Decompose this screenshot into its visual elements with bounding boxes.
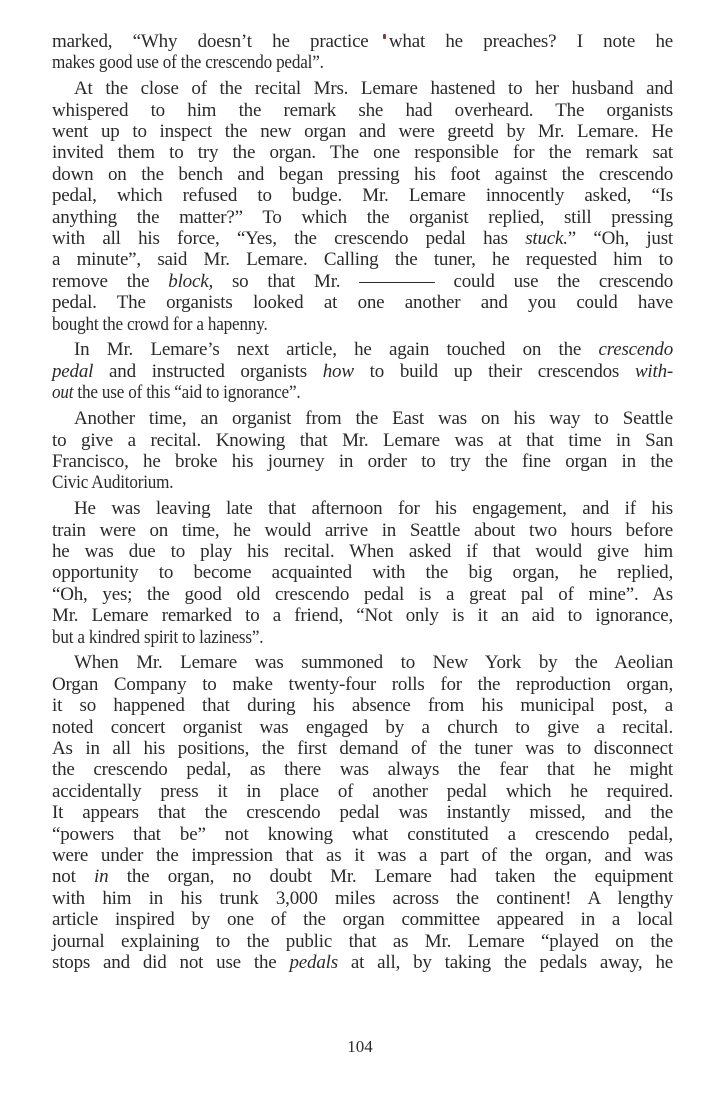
text-line: makes good use of the crescendo pedal”. xyxy=(52,52,611,73)
text-segment: a minute”, said Mr. Lemare. Calling the … xyxy=(52,249,673,270)
text-line: down on the bench and began pressing his… xyxy=(52,164,673,185)
text-line: stops and did not use the pedals at all,… xyxy=(52,952,673,973)
text-segment: went up to inspect the new organ and wer… xyxy=(52,121,673,142)
text-line: pedal. The organists looked at one anoth… xyxy=(52,292,673,313)
italic-text: how xyxy=(323,361,354,382)
text-segment: down on the bench and began pressing his… xyxy=(52,164,673,185)
text-line: marked, “Why doesn’t he practice what he… xyxy=(52,31,673,52)
text-line: with all his force, “Yes, the crescendo … xyxy=(52,228,673,249)
text-segment: the organ, no doubt Mr. Lemare had taken… xyxy=(108,866,673,887)
text-segment: with him in his trunk 3,000 miles across… xyxy=(52,888,673,909)
text-segment: with all his force, “Yes, the crescendo … xyxy=(52,228,525,249)
text-segment: Francisco, he broke his journey in order… xyxy=(52,451,673,472)
text-segment: train were on time, he would arrive in S… xyxy=(52,520,673,541)
text-line: “powers that be” not knowing what consti… xyxy=(52,824,673,845)
text-segment: so that Mr. ———— could use the crescendo xyxy=(213,271,673,292)
text-segment: Civic Auditorium. xyxy=(52,472,173,493)
text-line: Civic Auditorium. xyxy=(52,472,611,493)
text-segment: opportunity to become acquainted with th… xyxy=(52,562,673,583)
italic-text: block, xyxy=(168,271,213,292)
text-line: to give a recital. Knowing that Mr. Lema… xyxy=(52,430,673,451)
text-segment: the crescendo pedal, as there was always… xyxy=(52,759,673,780)
text-line: remove the block, so that Mr. ———— could… xyxy=(52,271,673,292)
text-segment: Mr. Lemare remarked to a friend, “Not on… xyxy=(52,605,673,626)
paragraph: At the close of the recital Mrs. Lemare … xyxy=(52,78,673,335)
text-segment: makes good use of the crescendo pedal”. xyxy=(52,52,324,73)
italic-text: pedals xyxy=(290,952,338,973)
text-line: a minute”, said Mr. Lemare. Calling the … xyxy=(52,249,673,270)
text-segment: not xyxy=(52,866,94,887)
text-segment: anything the matter?” To which the organ… xyxy=(52,207,673,228)
paragraph: Another time, an organist from the East … xyxy=(52,408,673,494)
text-segment: and instructed organists xyxy=(93,361,323,382)
italic-text: crescendo xyxy=(598,339,673,360)
text-segment: were under the impression that as it was… xyxy=(52,845,673,866)
paragraph: He was leaving late that afternoon for h… xyxy=(52,498,673,648)
document-page: marked, “Why doesn’t he practice what he… xyxy=(52,31,673,973)
text-segment: At the close of the recital Mrs. Lemare … xyxy=(74,78,673,99)
text-line: When Mr. Lemare was summoned to New York… xyxy=(52,652,673,673)
text-segment: article inspired by one of the organ com… xyxy=(52,909,673,930)
text-segment: ” “Oh, just xyxy=(568,228,673,249)
text-segment: to give a recital. Knowing that Mr. Lema… xyxy=(52,430,673,451)
text-line: article inspired by one of the organ com… xyxy=(52,909,673,930)
text-segment: “powers that be” not knowing what consti… xyxy=(52,824,673,845)
text-line: noted concert organist was engaged by a … xyxy=(52,717,673,738)
text-line: it so happened that during his absence f… xyxy=(52,695,673,716)
text-segment: As in all his positions, the first deman… xyxy=(52,738,673,759)
italic-text: in xyxy=(94,866,108,887)
text-line: “Oh, yes; the good old crescendo pedal i… xyxy=(52,584,673,605)
text-segment: “Oh, yes; the good old crescendo pedal i… xyxy=(52,584,673,605)
text-line: journal explaining to the public that as… xyxy=(52,931,673,952)
text-segment: remove the xyxy=(52,271,168,292)
text-segment: he was due to play his recital. When ask… xyxy=(52,541,673,562)
text-line: were under the impression that as it was… xyxy=(52,845,673,866)
page-number: 104 xyxy=(0,1037,720,1057)
text-line: invited them to try the organ. The one r… xyxy=(52,142,673,163)
text-segment: bought the crowd for a hapenny. xyxy=(52,314,268,335)
text-line: Organ Company to make twenty-four rolls … xyxy=(52,674,673,695)
text-line: At the close of the recital Mrs. Lemare … xyxy=(52,78,673,99)
text-line: Another time, an organist from the East … xyxy=(52,408,673,429)
text-segment: marked, “Why doesn’t he practice what he… xyxy=(52,31,673,52)
italic-text: out xyxy=(52,382,73,403)
text-line: opportunity to become acquainted with th… xyxy=(52,562,673,583)
text-line: he was due to play his recital. When ask… xyxy=(52,541,673,562)
text-segment: but a kindred spirit to laziness”. xyxy=(52,627,263,648)
text-line: It appears that the crescendo pedal was … xyxy=(52,802,673,823)
text-segment: whispered to him the remark she had over… xyxy=(52,100,673,121)
text-segment: Organ Company to make twenty-four rolls … xyxy=(52,674,673,695)
text-line: Mr. Lemare remarked to a friend, “Not on… xyxy=(52,605,673,626)
text-segment: When Mr. Lemare was summoned to New York… xyxy=(74,652,673,673)
text-segment: noted concert organist was engaged by a … xyxy=(52,717,673,738)
text-segment: at all, by taking the pedals away, he xyxy=(338,952,673,973)
text-line: Francisco, he broke his journey in order… xyxy=(52,451,673,472)
text-line: pedal and instructed organists how to bu… xyxy=(52,361,673,382)
text-segment: pedal, which refused to budge. Mr. Lemar… xyxy=(52,185,673,206)
text-line: out the use of this “aid to ignorance”. xyxy=(52,382,611,403)
text-line: anything the matter?” To which the organ… xyxy=(52,207,673,228)
text-segment: invited them to try the organ. The one r… xyxy=(52,142,673,163)
ink-speck xyxy=(383,34,386,39)
text-segment: In Mr. Lemare’s next article, he again t… xyxy=(74,339,598,360)
text-segment: the use of this “aid to ignorance”. xyxy=(73,382,300,403)
italic-text: with- xyxy=(635,361,673,382)
text-line: In Mr. Lemare’s next article, he again t… xyxy=(52,339,673,360)
text-line: the crescendo pedal, as there was always… xyxy=(52,759,673,780)
text-line: but a kindred spirit to laziness”. xyxy=(52,627,611,648)
text-segment: to build up their crescendos xyxy=(354,361,635,382)
text-line: not in the organ, no doubt Mr. Lemare ha… xyxy=(52,866,673,887)
text-segment: accidentally press it in place of anothe… xyxy=(52,781,673,802)
text-segment: journal explaining to the public that as… xyxy=(52,931,673,952)
text-segment: Another time, an organist from the East … xyxy=(74,408,673,429)
text-segment: It appears that the crescendo pedal was … xyxy=(52,802,673,823)
text-line: train were on time, he would arrive in S… xyxy=(52,520,673,541)
paragraph: In Mr. Lemare’s next article, he again t… xyxy=(52,339,673,403)
text-segment: it so happened that during his absence f… xyxy=(52,695,673,716)
text-line: As in all his positions, the first deman… xyxy=(52,738,673,759)
italic-text: stuck. xyxy=(525,228,568,249)
text-segment: He was leaving late that afternoon for h… xyxy=(74,498,673,519)
text-line: whispered to him the remark she had over… xyxy=(52,100,673,121)
text-line: pedal, which refused to budge. Mr. Lemar… xyxy=(52,185,673,206)
paragraph: marked, “Why doesn’t he practice what he… xyxy=(52,31,673,74)
text-line: He was leaving late that afternoon for h… xyxy=(52,498,673,519)
text-segment: pedal. The organists looked at one anoth… xyxy=(52,292,673,313)
text-line: went up to inspect the new organ and wer… xyxy=(52,121,673,142)
italic-text: pedal xyxy=(52,361,93,382)
text-segment: stops and did not use the xyxy=(52,952,290,973)
text-line: with him in his trunk 3,000 miles across… xyxy=(52,888,673,909)
text-line: bought the crowd for a hapenny. xyxy=(52,314,611,335)
paragraph: When Mr. Lemare was summoned to New York… xyxy=(52,652,673,973)
text-line: accidentally press it in place of anothe… xyxy=(52,781,673,802)
